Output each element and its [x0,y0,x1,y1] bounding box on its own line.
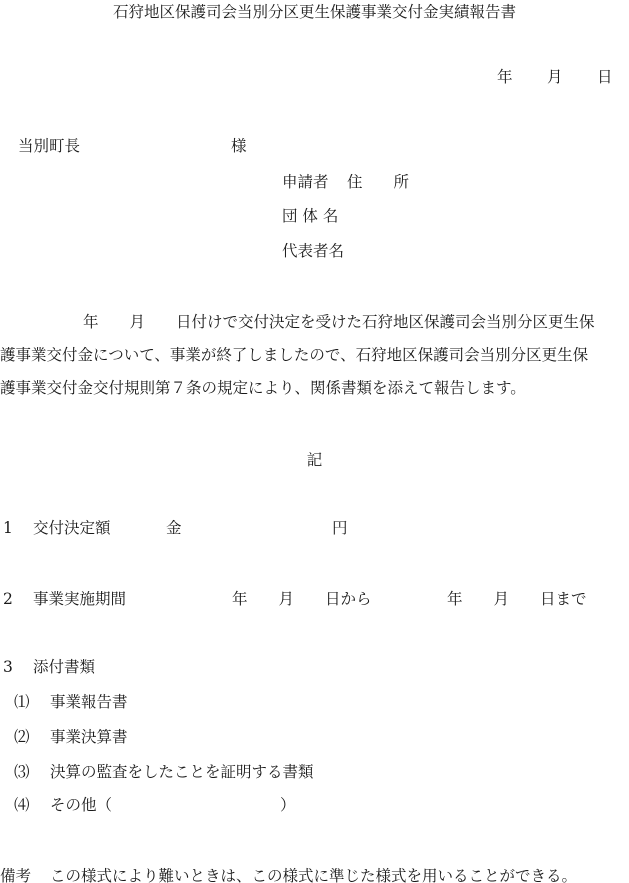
subitem-3-text: 決算の監査をしたことを証明する書類 [50,762,314,782]
date-year: 年 [497,67,513,87]
body-line-3: 護事業交付金交付規則第７条の規定により、関係書類を添えて報告します。 [0,378,526,398]
item2-to: 年 月 日まで [447,589,587,609]
subitem-4-number: ⑷ [14,795,30,815]
body-line-1: 年 月 日付けで交付決定を受けた石狩地区保護司会当別分区更生保 [83,312,595,332]
item1-kin: 金 [166,518,182,538]
item1-label: 交付決定額 [33,518,111,538]
date-day: 日 [597,67,613,87]
subitem-2-number: ⑵ [14,727,30,747]
subitem-1-text: 事業報告書 [50,692,128,712]
applicant-label: 申請者 [282,172,329,192]
note-text: この様式により難いときは、この様式に準じた様式を用いることができる。 [50,866,577,883]
note-label: 備考 [0,866,31,883]
subitem-4-close: ） [280,795,296,815]
body-line-2: 護事業交付金について、事業が終了しましたので、石狩地区保護司会当別分区更生保 [0,345,588,365]
subitem-4-text: その他（ [50,795,112,815]
item3-label: 添付書類 [33,657,95,677]
item2-label: 事業実施期間 [33,589,126,609]
organization-label: 団 体 名 [282,206,338,226]
item1-number: 1 [3,518,13,538]
addressee-honorific: 様 [231,136,247,156]
subitem-2-text: 事業決算書 [50,727,128,747]
item2-from: 年 月 日から [232,589,372,609]
subitem-3-number: ⑶ [14,762,30,782]
representative-label: 代表者名 [282,241,344,261]
item1-yen: 円 [332,518,348,538]
item3-number: 3 [3,657,13,677]
document-title: 石狩地区保護司会当別分区更生保護事業交付金実績報告書 [0,2,629,22]
item2-number: 2 [3,589,13,609]
ki-heading: 記 [0,450,629,470]
address-label: 住 所 [347,172,409,192]
subitem-1-number: ⑴ [14,692,30,712]
date-month: 月 [547,67,563,87]
addressee-name: 当別町長 [18,136,80,156]
